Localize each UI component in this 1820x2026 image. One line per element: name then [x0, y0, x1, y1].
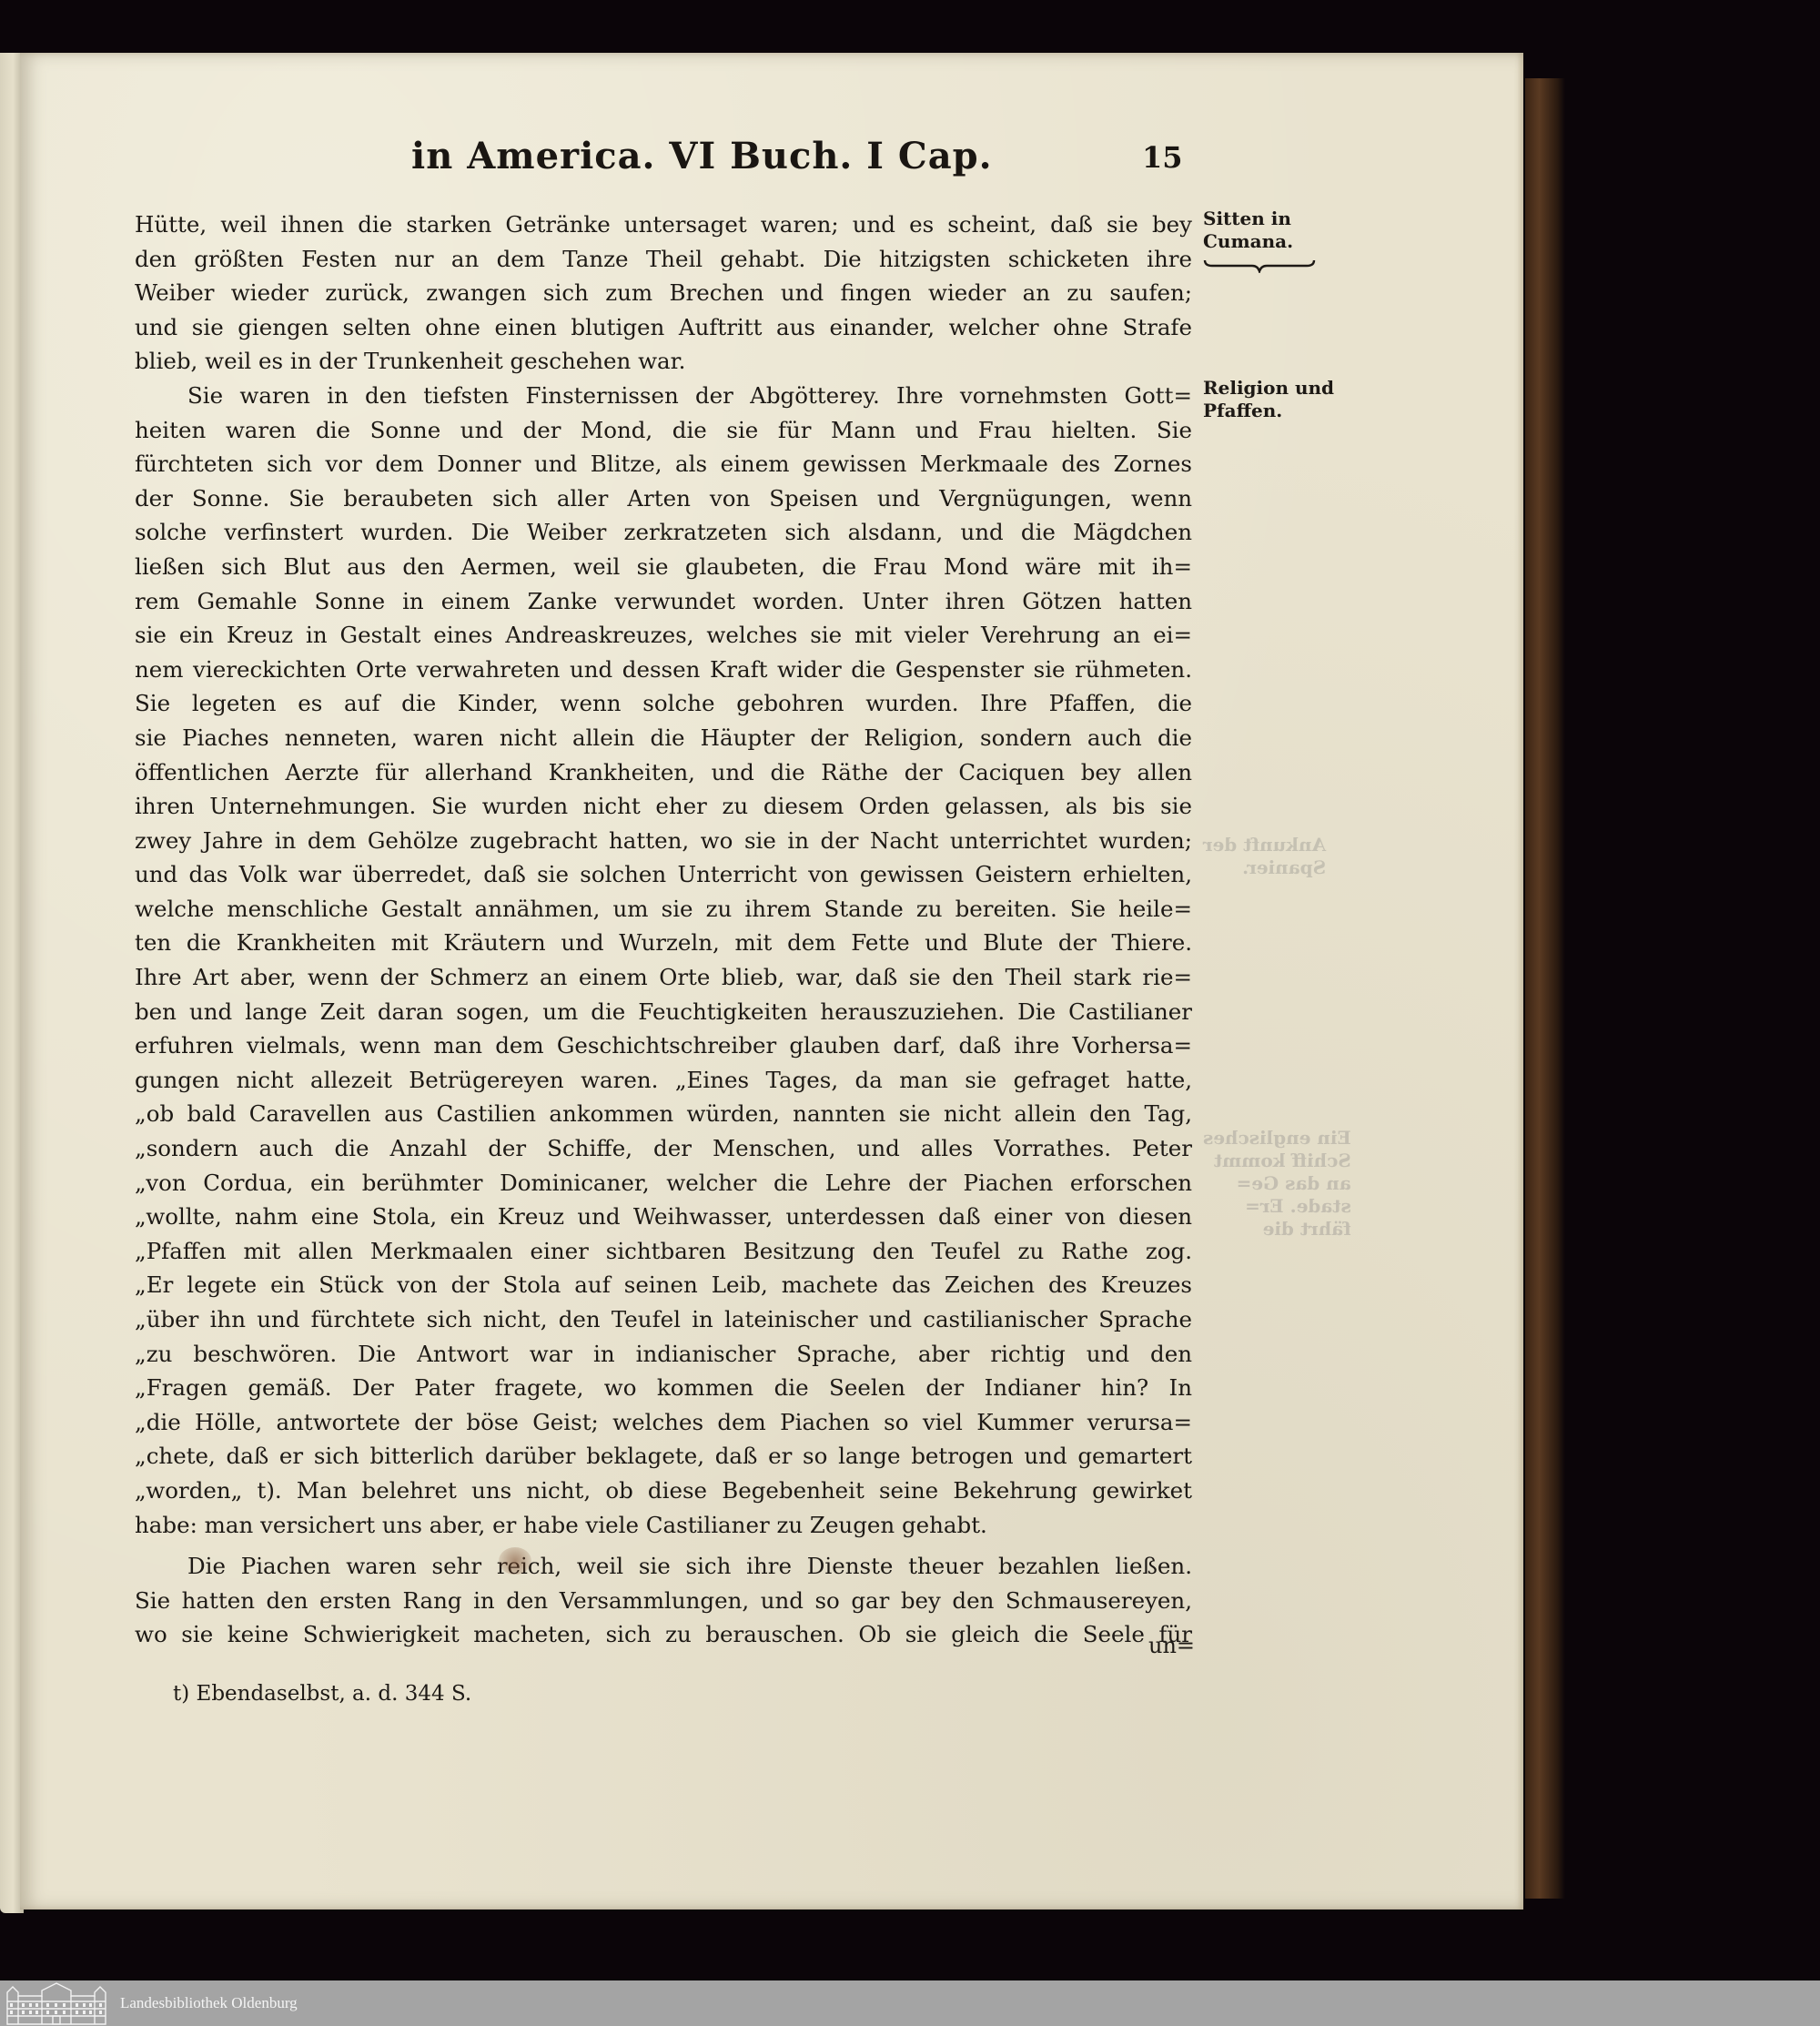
text-line: „chete, daß er sich bitterlich darüber b…: [135, 1439, 1192, 1474]
text-line: Sie legeten es auf die Kinder, wenn solc…: [135, 686, 1192, 721]
text-line: „sondern auch die Anzahl der Schiffe, de…: [135, 1131, 1192, 1166]
text-line: sie ein Kreuz in Gestalt eines Andreaskr…: [135, 618, 1192, 653]
text-line: wo sie keine Schwierigkeit macheten, sic…: [135, 1617, 1192, 1652]
library-building-icon: [5, 1981, 107, 2025]
text-line: ben und lange Zeit daran sogen, um die F…: [135, 995, 1192, 1029]
text-line: fürchteten sich vor dem Donner und Blitz…: [135, 447, 1192, 481]
text-line: Ihre Art aber, wenn der Schmerz an einem…: [135, 960, 1192, 995]
text-line: gungen nicht allezeit Betrügereyen waren…: [135, 1063, 1192, 1098]
library-name: Landesbibliothek Oldenburg: [120, 1994, 298, 2012]
text-line: und sie giengen selten ohne einen blutig…: [135, 310, 1192, 345]
text-line: „Pfaffen mit allen Merkmaalen einer sich…: [135, 1234, 1192, 1269]
text-line: „von Cordua, ein berühmter Dominicaner, …: [135, 1166, 1192, 1200]
margin-note-religion: Religion und Pfaffen.: [1203, 377, 1349, 422]
text-line: welche menschliche Gestalt annähmen, um …: [135, 892, 1192, 927]
text-line: „zu beschwören. Die Antwort war in india…: [135, 1337, 1192, 1372]
book-edge: [1525, 78, 1565, 1899]
footnote: t) Ebendaselbst, a. d. 344 S.: [173, 1682, 471, 1706]
text-line: Sie hatten den ersten Rang in den Versam…: [135, 1584, 1192, 1618]
text-line: „worden„ t). Man belehret uns nicht, ob …: [135, 1474, 1192, 1508]
text-line: zwey Jahre in dem Gehölze zugebracht hat…: [135, 824, 1192, 858]
bleed-through-text: Ankunft derSpanier.: [1203, 834, 1326, 879]
text-line: Weiber wieder zurück, zwangen sich zum B…: [135, 276, 1192, 310]
footer-bar: Landesbibliothek Oldenburg: [0, 1980, 1820, 2026]
text-line: der Sonne. Sie beraubeten sich aller Art…: [135, 481, 1192, 516]
margin-note-sitten: Sitten in Cumana.: [1203, 208, 1340, 253]
catchword: un=: [1148, 1633, 1195, 1658]
running-head: in America. VI Buch. I Cap.: [411, 135, 1003, 177]
text-line: Hütte, weil ihnen die starken Getränke u…: [135, 208, 1192, 242]
paragraph: Hütte, weil ihnen die starken Getränke u…: [135, 208, 1192, 379]
text-line: „Er legete ein Stück von der Stola auf s…: [135, 1268, 1192, 1302]
text-line: „über ihn und fürchtete sich nicht, den …: [135, 1302, 1192, 1337]
text-line: Sie waren in den tiefsten Finsternissen …: [135, 379, 1192, 413]
text-line: „die Hölle, antwortete der böse Geist; w…: [135, 1405, 1192, 1440]
text-line: „wollte, nahm eine Stola, ein Kreuz und …: [135, 1200, 1192, 1234]
paragraph: Die Piachen waren sehr reich, weil sie s…: [135, 1549, 1192, 1652]
text-line: blieb, weil es in der Trunkenheit gesche…: [135, 344, 1192, 379]
paragraph-gap: [135, 1542, 1192, 1549]
bleed-through-text: Ein englischesSchiff kommtan das Ge=stad…: [1203, 1127, 1351, 1241]
text-line: habe: man versichert uns aber, er habe v…: [135, 1508, 1192, 1543]
text-line: ihren Unternehmungen. Sie wurden nicht e…: [135, 789, 1192, 824]
text-line: den größten Festen nur an dem Tanze Thei…: [135, 242, 1192, 277]
text-line: solche verfinstert wurden. Die Weiber ze…: [135, 515, 1192, 550]
brace-icon: [1203, 258, 1316, 273]
body-text: Hütte, weil ihnen die starken Getränke u…: [135, 208, 1192, 1652]
text-line: heiten waren die Sonne und der Mond, die…: [135, 413, 1192, 448]
paper-stain: [499, 1547, 531, 1575]
text-line: öffentlichen Aerzte für allerhand Krankh…: [135, 755, 1192, 790]
text-line: „ob bald Caravellen aus Castilien ankomm…: [135, 1097, 1192, 1131]
text-line: nem viereckichten Orte verwahreten und d…: [135, 653, 1192, 687]
text-line: ten die Krankheiten mit Kräutern und Wur…: [135, 926, 1192, 960]
page-number: 15: [1142, 140, 1183, 175]
text-line: Die Piachen waren sehr reich, weil sie s…: [135, 1549, 1192, 1584]
text-line: erfuhren vielmals, wenn man dem Geschich…: [135, 1028, 1192, 1063]
paragraph: Sie waren in den tiefsten Finsternissen …: [135, 379, 1192, 1542]
text-line: „Fragen gemäß. Der Pater fragete, wo kom…: [135, 1371, 1192, 1405]
text-line: ließen sich Blut aus den Aermen, weil si…: [135, 550, 1192, 584]
text-line: und das Volk war überredet, daß sie solc…: [135, 857, 1192, 892]
text-line: sie Piaches nenneten, waren nicht allein…: [135, 721, 1192, 755]
text-line: rem Gemahle Sonne in einem Zanke verwund…: [135, 584, 1192, 619]
